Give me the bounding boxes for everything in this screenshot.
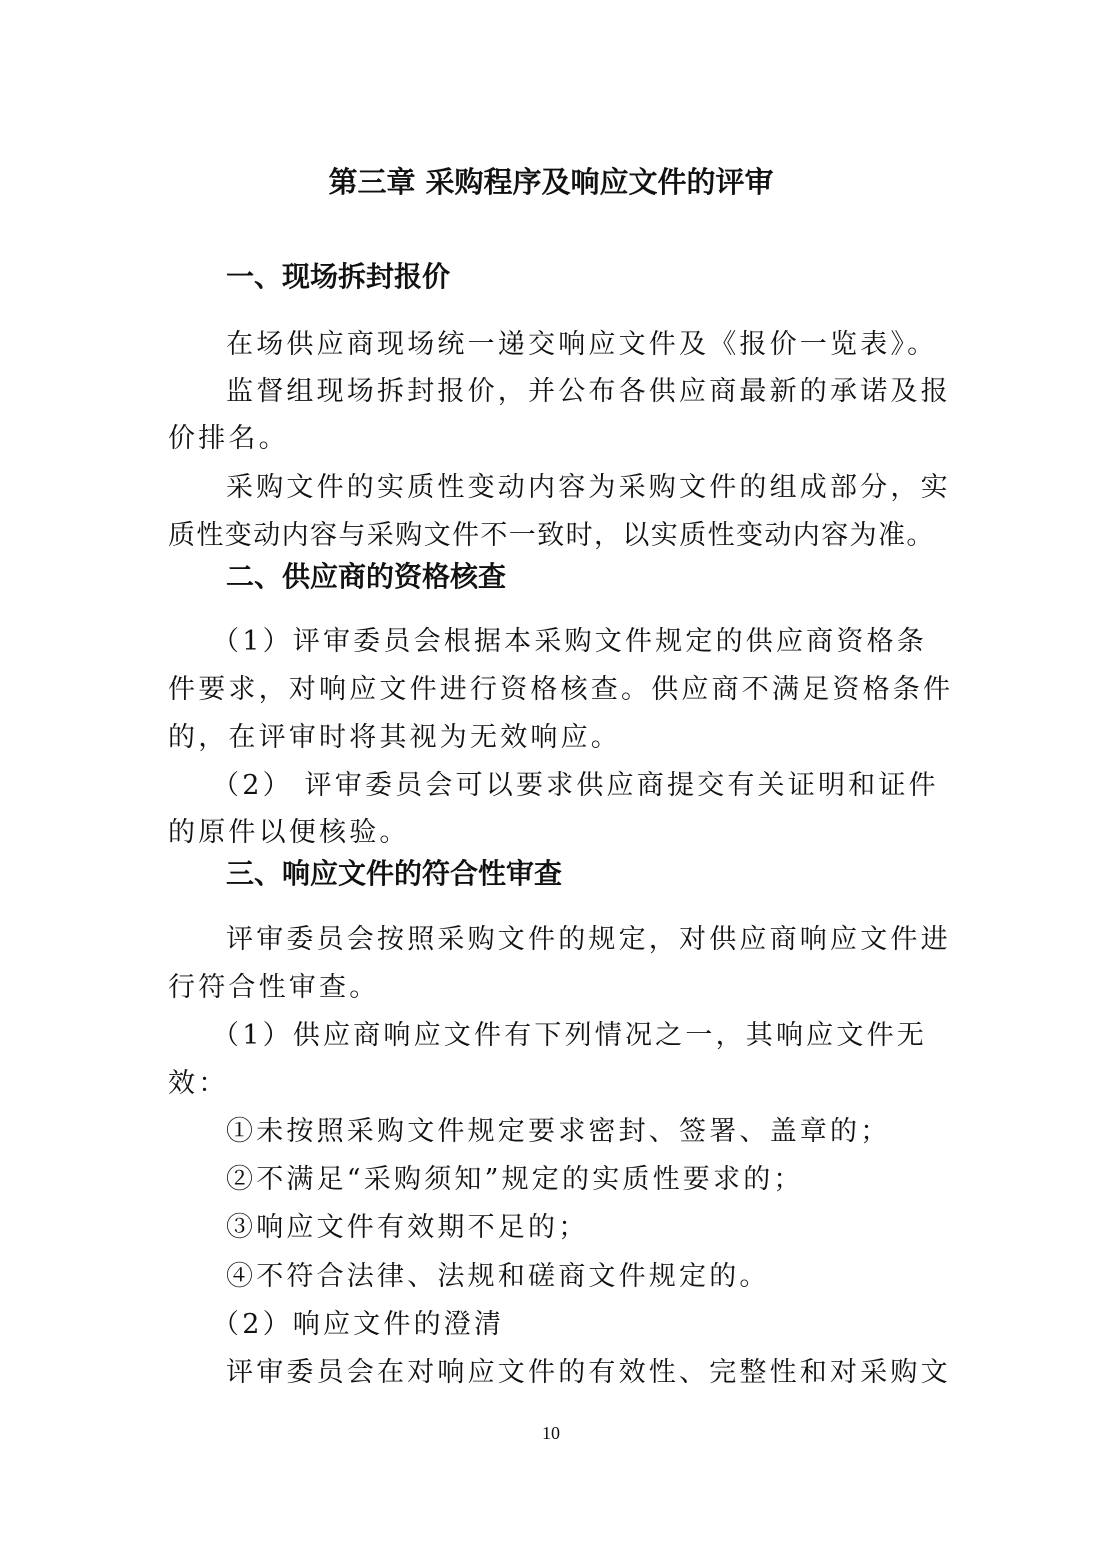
section-heading-3: 三、响应文件的符合性审查: [226, 857, 562, 891]
page-number: 10: [0, 1416, 1102, 1450]
chapter-title: 第三章 采购程序及响应文件的评审: [0, 165, 1102, 199]
paragraph-line: （1）供应商响应文件有下列情况之一，其响应文件无: [212, 1019, 927, 1053]
paragraph-line: 价排名。: [168, 422, 289, 456]
paragraph-line: 件要求，对响应文件进行资格核查。供应商不满足资格条件: [168, 673, 953, 707]
paragraph-line: 评审委员会按照采购文件的规定，对供应商响应文件进: [226, 923, 951, 957]
paragraph-line: （2） 评审委员会可以要求供应商提交有关证明和证件: [212, 769, 939, 803]
paragraph-line: 采购文件的实质性变动内容为采购文件的组成部分，实: [226, 471, 951, 505]
paragraph-line: 的，在评审时将其视为无效响应。: [168, 721, 621, 755]
paragraph-line: 行符合性审查。: [168, 971, 379, 1005]
list-item: ②不满足“采购须知”规定的实质性要求的；: [226, 1163, 804, 1197]
section-heading-2: 二、供应商的资格核查: [226, 560, 506, 594]
paragraph-line: 的原件以便核验。: [168, 816, 410, 850]
paragraph-line: 质性变动内容与采购文件不一致时，以实质性变动内容为准。: [168, 519, 935, 553]
list-item: ①未按照采购文件规定要求密封、签署、盖章的；: [226, 1115, 890, 1149]
subheading-line: （2）响应文件的澄清: [212, 1308, 504, 1342]
list-item: ③响应文件有效期不足的；: [226, 1211, 588, 1245]
paragraph-line: （1）评审委员会根据本采购文件规定的供应商资格条: [212, 625, 927, 659]
paragraph-line: 评审委员会在对响应文件的有效性、完整性和对采购文: [226, 1356, 951, 1390]
list-item: ④不符合法律、法规和磋商文件规定的。: [226, 1260, 770, 1294]
paragraph-line: 监督组现场拆封报价，并公布各供应商最新的承诺及报: [226, 375, 951, 409]
paragraph-line: 在场供应商现场统一递交响应文件及《报价一览表》。: [226, 328, 937, 362]
section-heading-1: 一、现场拆封报价: [226, 260, 450, 294]
document-page: 第三章 采购程序及响应文件的评审 一、现场拆封报价 在场供应商现场统一递交响应文…: [0, 0, 1102, 1559]
paragraph-line: 效：: [168, 1067, 228, 1101]
